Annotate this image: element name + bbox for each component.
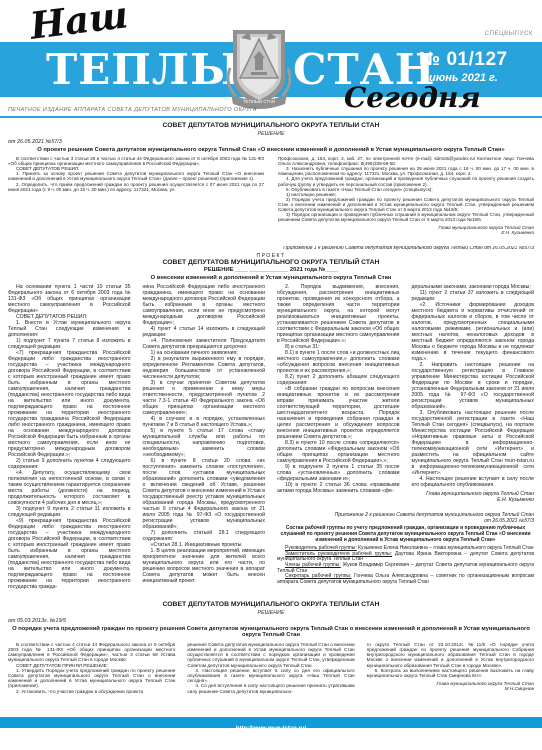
paragraph: 4. Со дня вступления в силу настоящего р… <box>187 683 354 693</box>
paragraph: 6) в пункте 8 статьи 20 слова «их поступ… <box>143 458 266 530</box>
emblem-banner-text: ТЕПЛЫЙ СТАН <box>243 97 275 104</box>
paragraph: 3. Настоящее решение вступает в силу со … <box>187 668 354 684</box>
paragraph: 2) статью 9 дополнить пунктом 4 следующе… <box>8 458 131 470</box>
decision-2021-57-3: СОВЕТ ДЕПУТАТОВ МУНИЦИПАЛЬНОГО ОКРУГА ТЕ… <box>8 122 534 246</box>
signature-name: М.Н.Смирнов <box>367 686 534 691</box>
paragraph: 4. Для учета предложений граждан, органи… <box>278 176 534 186</box>
paragraph: 8.3) в пункте 10 после слова «определяют… <box>277 440 400 464</box>
decision-body-column: 2. Порядок выдвижения, внесения, обсужде… <box>277 284 400 510</box>
annex1-reference: Приложение 1 к решению Совета депутатов … <box>8 246 534 252</box>
footer-bar: http://www.mun-tstan.ru/ <box>0 717 542 728</box>
decision-type-label: РЕШЕНИЕ <box>8 131 534 137</box>
issue-number: № 01/127 <box>419 49 508 71</box>
decision-body-column: решения Совета депутатов муниципального … <box>187 642 354 694</box>
newspaper-name-prefix: Наш <box>28 0 130 45</box>
draft-charter-amendments-decision: Приложение 1 к решению Совета депутатов … <box>8 246 534 600</box>
paragraph: На основании пункта 1 части 10 статьи 35… <box>8 284 131 314</box>
council-heading: СОВЕТ ДЕПУТАТОВ МУНИЦИПАЛЬНОГО ОКРУГА ТЕ… <box>8 122 534 130</box>
paragraph: 2. Установить, что участие граждан в обс… <box>8 689 175 694</box>
paragraph: 9) в подпункте 2 пункта 1 статьи 35 посл… <box>277 464 400 482</box>
paragraph: 4) в случаях и в порядке, установленных … <box>143 416 266 428</box>
decision-body-column: На основании пункта 1 части 10 статьи 35… <box>8 284 131 590</box>
left-column-pair: На основании пункта 1 части 10 статьи 35… <box>8 284 265 590</box>
paragraph: 5. Контроль за выполнением настоящего ре… <box>367 668 534 678</box>
paragraph: 1. В целях реализации мероприятий, имеющ… <box>143 548 266 584</box>
signature-block: Глава муниципального округа Теплый Стан … <box>367 681 534 691</box>
paragraph: 11) пункт 2 статьи 37 изложить в следующ… <box>412 290 535 302</box>
newspaper-page: СПЕЦВЫПУСК ТЕПЛЫЙ СТАН Наш ТЕПЛЫЙ СТАН №… <box>0 0 542 750</box>
annex2-reference-line2: от 26.05.2021 №57/3 <box>277 519 534 525</box>
signature-name: Е.Н. Кузьменко <box>278 230 534 235</box>
working-group-member: Секретарь рабочей группы: Гончева Ольга … <box>277 574 534 585</box>
paragraph: 3. Опубликовать настоящее решение после … <box>412 410 535 476</box>
newspaper-name-suffix: Сегодня <box>344 84 481 112</box>
signature-block: Глава муниципального округа Теплый Стан … <box>278 225 534 235</box>
paragraph: 2. Порядок выдвижения, внесения, обсужде… <box>277 284 400 344</box>
paragraph: 3) в случае принятия Советом депутатов р… <box>143 380 266 416</box>
paragraph: 2) Порядок учета предложений граждан по … <box>278 197 534 212</box>
paragraph: 4) пункт 4 статьи 14 изложить в следующе… <box>143 326 266 338</box>
paragraph: 1. Внести в Устав муниципального округа … <box>8 320 131 338</box>
paragraph: 2. Направить настоящее решение на госуда… <box>412 362 535 410</box>
paragraph: 8.2) пункт 2 дополнить абзацем следующег… <box>277 374 400 386</box>
decision-date-line: от 26.05.2021 №57/3 <box>8 139 534 145</box>
paragraph: 4. Настоящее решение вступает в силу пос… <box>412 476 535 488</box>
paragraph: 10) в пункте 2 статьи 36 слова «правовым… <box>277 482 400 494</box>
decision-type-label: РЕШЕНИЕ <box>8 610 534 616</box>
paragraph: 3) подпункт 9 пункта 2 статьи 11 изложит… <box>8 506 131 518</box>
paragraph: В соответствии с частью 4 статьи 44 Феде… <box>8 642 175 663</box>
special-issue-label: СПЕЦВЫПУСК <box>485 31 533 37</box>
decision-2013-19-5: СОВЕТ ДЕПУТАТОВ МУНИЦИПАЛЬНОГО ОКРУГА ТЕ… <box>8 601 534 715</box>
signature-name: Е.Н. Кузьменко <box>412 497 535 503</box>
paragraph: 1) подпункт 7 пункта 7 статьи 8 изложить… <box>8 338 131 350</box>
paragraph: решения Совета депутатов муниципального … <box>187 642 354 668</box>
paragraph: 7) дополнить статьей 28.1 следующего сод… <box>143 530 266 542</box>
masthead-tagline: ПЕЧАТНОЕ ИЗДАНИЕ АППАРАТА СОВЕТА ДЕПУТАТ… <box>8 107 257 113</box>
council-heading: СОВЕТ ДЕПУТАТОВ МУНИЦИПАЛЬНОГО ОКРУГА ТЕ… <box>8 259 534 267</box>
paragraph: го округа Теплый Стан от 23.10.2012г. №1… <box>367 642 534 668</box>
decision-body-column: В соответствии с частью 4 статьи 44 Феде… <box>8 642 175 694</box>
site-url[interactable]: http://www.mun-tstan.ru/ <box>236 726 306 732</box>
paragraph: «2. Источники формирования доходов местн… <box>412 302 535 362</box>
paragraph: «4. Депутату, осуществляющему свои полно… <box>8 470 131 506</box>
decision-date-line: от 05.03.2013г. №19/5 <box>8 618 534 624</box>
decision-body-column: Профсоюзная, д. 154, корп. 2, каб. 27, п… <box>278 156 534 235</box>
paragraph: «4. Полномочия заместителя Председателя … <box>143 338 266 350</box>
paragraph: 2. Определить, что прием предложений гра… <box>8 182 264 192</box>
paragraph: В соответствии с частью 3 статьи 28 и ча… <box>8 156 264 166</box>
decision-body-column: го округа Теплый Стан от 23.10.2012г. №1… <box>367 642 534 694</box>
council-heading: СОВЕТ ДЕПУТАТОВ МУНИЦИПАЛЬНОГО ОКРУГА ТЕ… <box>8 601 534 609</box>
masthead-divider <box>0 116 542 118</box>
paragraph: 3. Назначить публичные слушания по проек… <box>278 166 534 176</box>
paragraph: Профсоюзная, д. 154, корп. 2, каб. 27, п… <box>278 156 534 166</box>
decision-body-column: нина Российской Федерации либо иностранн… <box>143 284 266 590</box>
decision-title: О проекте решения Совета депутатов муниц… <box>8 147 534 154</box>
working-group-title: Состав рабочей группы по учету предложен… <box>277 526 534 543</box>
paragraph: 1. Утвердить Порядок учета предложений г… <box>8 668 175 689</box>
paragraph: 5) в пункте 5 статьи 17 слова «стажу мун… <box>143 428 266 458</box>
decision-body-column: В соответствии с частью 3 статьи 28 и ча… <box>8 156 264 235</box>
working-group-annex: Приложение 2 к решению Совета депутатов … <box>277 513 534 586</box>
paragraph: 2) в результате выраженного ему в порядк… <box>143 356 266 380</box>
decision-type-line: РЕШЕНИЕ ____ ____________ 2021 года №___… <box>8 267 534 274</box>
paragraph: нина Российской Федерации либо иностранн… <box>143 284 266 326</box>
signature-block: Глава муниципального округа Теплый Стан … <box>412 491 535 503</box>
coat-of-arms-icon: ТЕПЛЫЙ СТАН <box>227 26 291 116</box>
paragraph: 8.1) в пункте 1 после слов «и должностны… <box>277 350 400 374</box>
paragraph: «9) прекращения гражданства Российской Ф… <box>8 518 131 590</box>
decision-title: О внесении изменений и дополнений в Уста… <box>8 275 534 282</box>
right-column-pair: 2. Порядок выдвижения, внесения, обсужде… <box>277 284 534 590</box>
decision-title: О порядке учета предложений граждан по п… <box>8 626 534 639</box>
paragraph: «В собрании граждан по вопросам внесения… <box>277 386 400 440</box>
paragraph: «7) прекращения гражданства Российской Ф… <box>8 350 131 458</box>
paragraph: 3) Порядок организации и проведения публ… <box>278 212 534 222</box>
decision-body-column: деральными законами, законами города Мос… <box>412 284 535 510</box>
paragraph: 1. Принять за основу проект решения Сове… <box>8 171 264 181</box>
